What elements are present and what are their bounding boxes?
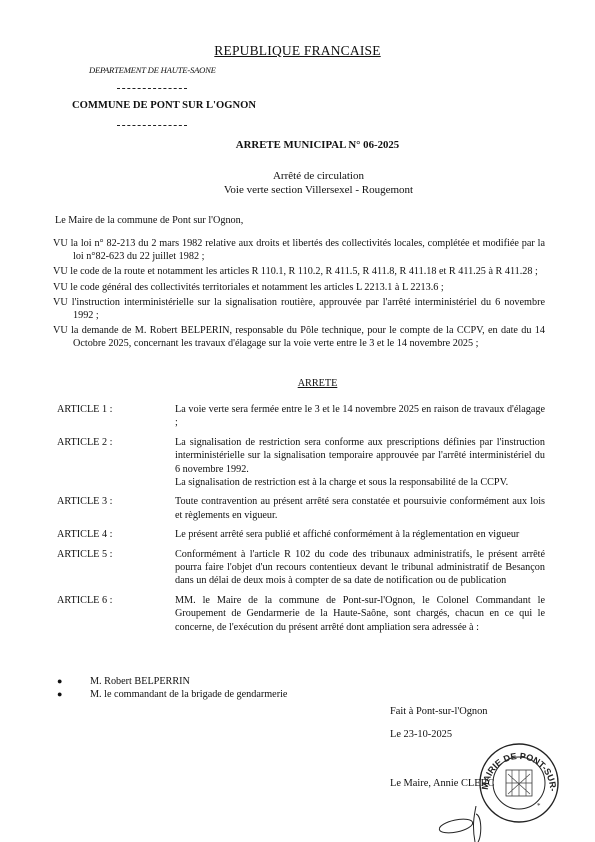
- intro-text: Le Maire de la commune de Pont sur l'Ogn…: [55, 215, 243, 226]
- recipients-list: ● M. Robert BELPERRIN ● M. le commandant…: [57, 675, 287, 701]
- article-text: Le présent arrêté sera publié et affiché…: [175, 528, 545, 541]
- article-text: MM. le Maire de la commune de Pont-sur-l…: [175, 594, 545, 634]
- arrete-heading: ARRETE: [0, 378, 595, 389]
- commune-label: COMMUNE DE PONT SUR L'OGNON: [72, 100, 256, 111]
- article-label: ARTICLE 3 :: [57, 495, 175, 522]
- place-of-signature: Fait à Pont-sur-l'Ognon: [390, 706, 487, 717]
- consideration-item: VU le code général des collectivités ter…: [53, 281, 545, 294]
- article-label: ARTICLE 2 :: [57, 436, 175, 490]
- article-text: La signalisation de restriction est à la…: [175, 476, 545, 489]
- articles-list: ARTICLE 1 : La voie verte sera fermée en…: [57, 403, 545, 640]
- consideration-item: VU le code de la route et notamment les …: [53, 265, 545, 278]
- separator-line: [117, 125, 187, 126]
- article-4: ARTICLE 4 : Le présent arrêté sera publi…: [57, 528, 545, 541]
- article-body: Le présent arrêté sera publié et affiché…: [175, 528, 545, 541]
- consideration-item: VU la loi n° 82-213 du 2 mars 1982 relat…: [53, 237, 545, 263]
- consideration-item: VU la demande de M. Robert BELPERIN, res…: [53, 324, 545, 350]
- article-body: Conformément à l'article R 102 du code d…: [175, 548, 545, 588]
- signature-date: Le 23-10-2025: [390, 729, 452, 740]
- article-text: La signalisation de restriction sera con…: [175, 436, 545, 476]
- separator-line: [117, 88, 187, 89]
- department-label: DEPARTEMENT DE HAUTE-SAONE: [89, 65, 216, 75]
- article-body: La voie verte sera fermée entre le 3 et …: [175, 403, 545, 430]
- article-1: ARTICLE 1 : La voie verte sera fermée en…: [57, 403, 545, 430]
- considerations-list: VU la loi n° 82-213 du 2 mars 1982 relat…: [53, 237, 545, 353]
- bullet-icon: ●: [57, 688, 90, 701]
- article-text: Conformément à l'article R 102 du code d…: [175, 548, 545, 588]
- article-text: Toute contravention au présent arrêté se…: [175, 495, 545, 522]
- article-label: ARTICLE 6 :: [57, 594, 175, 634]
- signature-icon: [438, 806, 498, 842]
- consideration-item: VU l'instruction interministérielle sur …: [53, 296, 545, 322]
- recipient-name: M. le commandant de la brigade de gendar…: [90, 688, 287, 701]
- subject-line-2: Voie verte section Villersexel - Rougemo…: [0, 184, 595, 196]
- article-label: ARTICLE 4 :: [57, 528, 175, 541]
- article-6: ARTICLE 6 : MM. le Maire de la commune d…: [57, 594, 545, 634]
- svg-text:MAIRIE DE PONT-SUR-L'OGNON: MAIRIE DE PONT-SUR-L'OGNON: [478, 742, 558, 791]
- svg-text:*: *: [537, 802, 541, 810]
- article-body: Toute contravention au présent arrêté se…: [175, 495, 545, 522]
- republic-heading: REPUBLIQUE FRANCAISE: [0, 43, 595, 59]
- article-label: ARTICLE 1 :: [57, 403, 175, 430]
- recipient-name: M. Robert BELPERRIN: [90, 675, 190, 688]
- article-body: La signalisation de restriction sera con…: [175, 436, 545, 490]
- article-text: La voie verte sera fermée entre le 3 et …: [175, 403, 545, 430]
- document-title: ARRETE MUNICIPAL N° 06-2025: [0, 139, 595, 151]
- recipient-item: ● M. Robert BELPERRIN: [57, 675, 287, 688]
- article-label: ARTICLE 5 :: [57, 548, 175, 588]
- subject-line-1: Arrêté de circulation: [0, 170, 595, 182]
- article-body: MM. le Maire de la commune de Pont-sur-l…: [175, 594, 545, 634]
- article-5: ARTICLE 5 : Conformément à l'article R 1…: [57, 548, 545, 588]
- article-2: ARTICLE 2 : La signalisation de restrict…: [57, 436, 545, 490]
- bullet-icon: ●: [57, 675, 90, 688]
- article-3: ARTICLE 3 : Toute contravention au prése…: [57, 495, 545, 522]
- recipient-item: ● M. le commandant de la brigade de gend…: [57, 688, 287, 701]
